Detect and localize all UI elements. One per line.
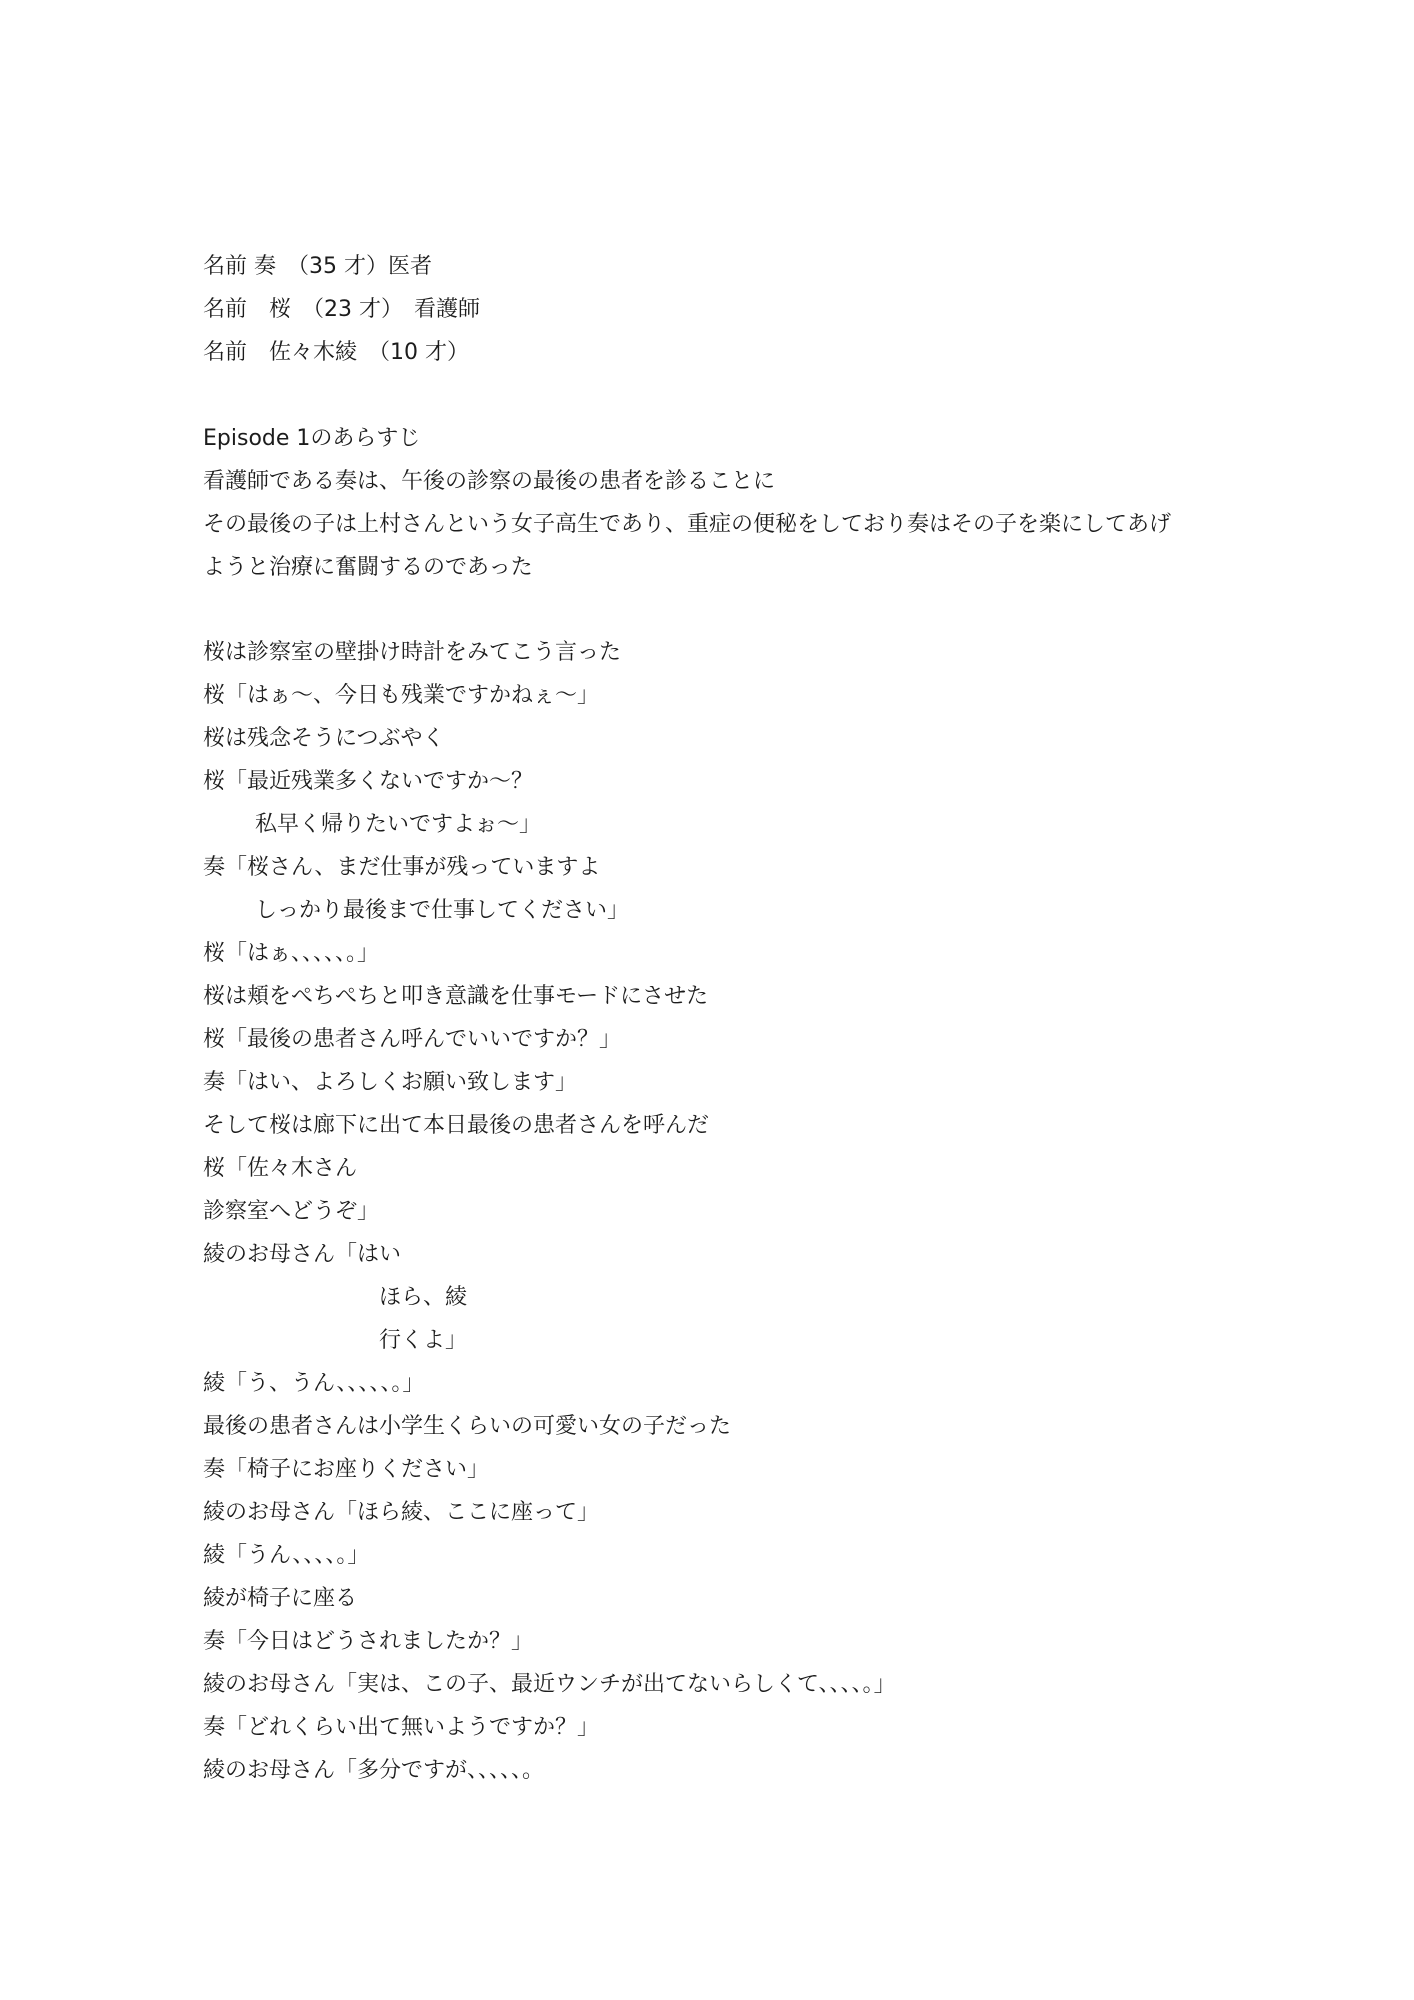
- story-line: 奏「どれくらい出て無いようですか？」: [203, 1713, 599, 1743]
- synopsis-line: その最後の子は上村さんという女子高生であり、重症の便秘をしており奏はその子を楽に…: [203, 510, 1171, 540]
- story-line: 綾のお母さん「実は、この子、最近ウンチが出てないらしくて、、、、。」: [203, 1670, 896, 1700]
- character-line: 名前 奏 （35 才）医者: [203, 252, 432, 282]
- story-line: 私早く帰りたいですよぉ〜」: [255, 810, 541, 840]
- story-line: 綾「う、うん、、、、、。」: [203, 1369, 424, 1399]
- story-line: 綾のお母さん「はい: [203, 1240, 401, 1270]
- character-line: 名前 佐々木綾 （10 才）: [203, 338, 469, 368]
- story-line: 桜は残念そうにつぶやく: [203, 724, 445, 754]
- story-line: 行くよ」: [379, 1326, 467, 1356]
- synopsis-line: 看護師である奏は、午後の診察の最後の患者を診ることに: [203, 467, 775, 497]
- document-page: 名前 奏 （35 才）医者 名前 桜 （23 才） 看護師 名前 佐々木綾 （1…: [0, 0, 1414, 2000]
- story-line: 奏「今日はどうされましたか？」: [203, 1627, 533, 1657]
- story-line: 綾が椅子に座る: [203, 1584, 357, 1614]
- character-line: 名前 桜 （23 才） 看護師: [203, 295, 480, 325]
- story-line: 診察室へどうぞ」: [203, 1197, 379, 1227]
- story-line: 桜「はぁ、、、、、。」: [203, 939, 379, 969]
- story-line: 桜「最後の患者さん呼んでいいですか？」: [203, 1025, 621, 1055]
- story-line: 奏「はい、よろしくお願い致します」: [203, 1068, 577, 1098]
- story-line: 綾のお母さん「ほら綾、ここに座って」: [203, 1498, 599, 1528]
- story-line: 桜「はぁ〜、今日も残業ですかねぇ〜」: [203, 681, 599, 711]
- story-line: 奏「桜さん、まだ仕事が残っていますよ: [203, 853, 600, 883]
- story-line: そして桜は廊下に出て本日最後の患者さんを呼んだ: [203, 1111, 709, 1141]
- synopsis-line: ようと治療に奮闘するのであった: [203, 553, 533, 583]
- story-line: 綾「うん、、、、。」: [203, 1541, 369, 1571]
- story-line: 綾のお母さん「多分ですが、、、、、。: [203, 1756, 544, 1786]
- synopsis-heading: Episode 1のあらすじ: [203, 424, 420, 454]
- story-line: 桜「最近残業多くないですか〜？: [203, 767, 533, 797]
- story-line: しっかり最後まで仕事してください」: [255, 896, 629, 926]
- story-line: 桜は頬をぺちぺちと叩き意識を仕事モードにさせた: [203, 982, 708, 1012]
- story-line: 桜は診察室の壁掛け時計をみてこう言った: [203, 638, 621, 668]
- story-line: 最後の患者さんは小学生くらいの可愛い女の子だった: [203, 1412, 731, 1442]
- story-line: ほら、綾: [379, 1283, 467, 1313]
- story-line: 桜「佐々木さん: [203, 1154, 357, 1184]
- story-line: 奏「椅子にお座りください」: [203, 1455, 489, 1485]
